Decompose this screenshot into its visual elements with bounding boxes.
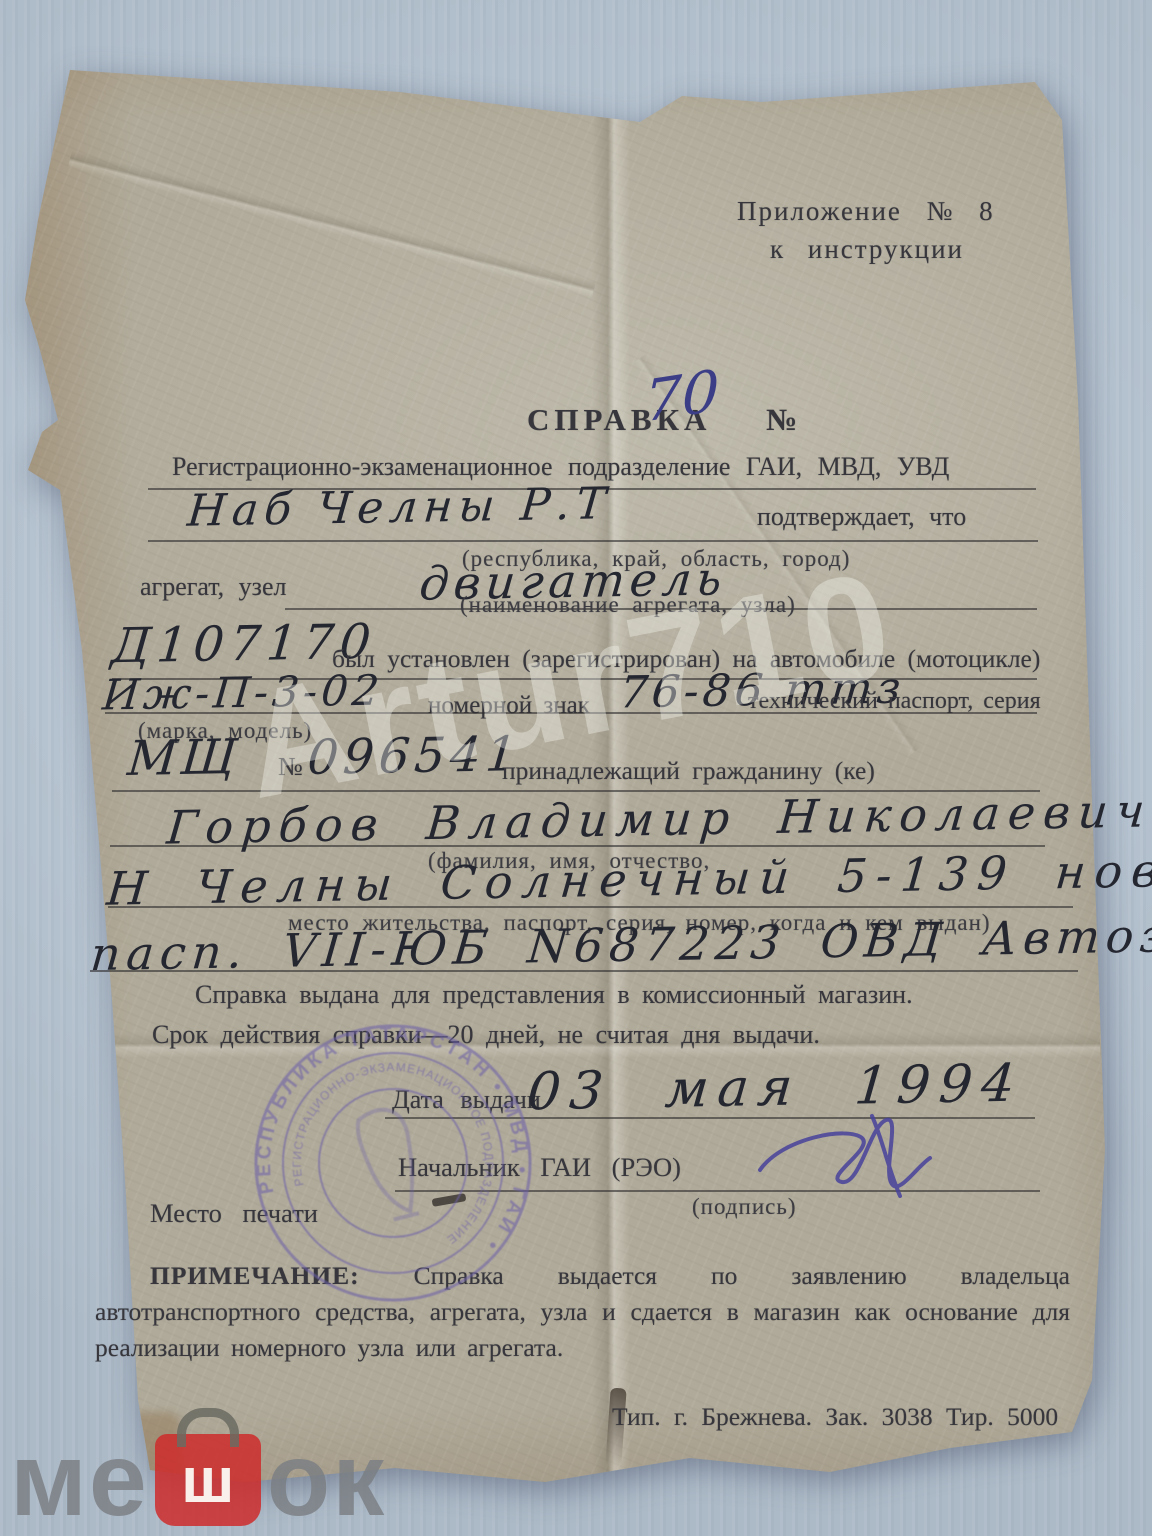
appendix-line1: Приложение № 8 (737, 196, 995, 227)
passport-series-handwritten: МЩ (125, 729, 242, 787)
photo-background: Приложение № 8 к инструкции СПРАВКА № 70… (0, 0, 1152, 1536)
department-line: Регистрационно-экзаменационное подраздел… (172, 452, 949, 482)
certificate-number-handwritten: 70 (644, 357, 720, 436)
meshok-letters-pre: ме (10, 1428, 149, 1532)
meshok-bag-letter: ш (181, 1443, 234, 1517)
blank-line (108, 906, 1073, 908)
meshok-bag-icon: ш (155, 1434, 261, 1526)
print-info: Тип. г. Брежнева. Зак. 3038 Тир. 5000 (612, 1402, 1058, 1432)
appendix-line2: к инструкции (770, 234, 964, 265)
paper-crease-diagonal-left (68, 150, 596, 298)
watermark-meshok: ме ш ок (10, 1428, 386, 1532)
confirms-label: подтверждает, что (757, 502, 966, 532)
signature-scribble (752, 1108, 942, 1208)
blank-line (148, 540, 1038, 542)
meshok-letters-post: ок (267, 1428, 387, 1532)
blank-line (110, 845, 1045, 847)
blank-line (90, 970, 1078, 972)
region-handwritten: Наб Челны Р.Т (185, 478, 613, 536)
purpose-text: Справка выдана для представления в комис… (195, 980, 913, 1010)
stamp-center-emblem (354, 1105, 427, 1223)
note-paragraph: ПРИМЕЧАНИЕ: Справка выдается по заявлени… (95, 1258, 1070, 1366)
unit-label: агрегат, узел (140, 572, 286, 602)
